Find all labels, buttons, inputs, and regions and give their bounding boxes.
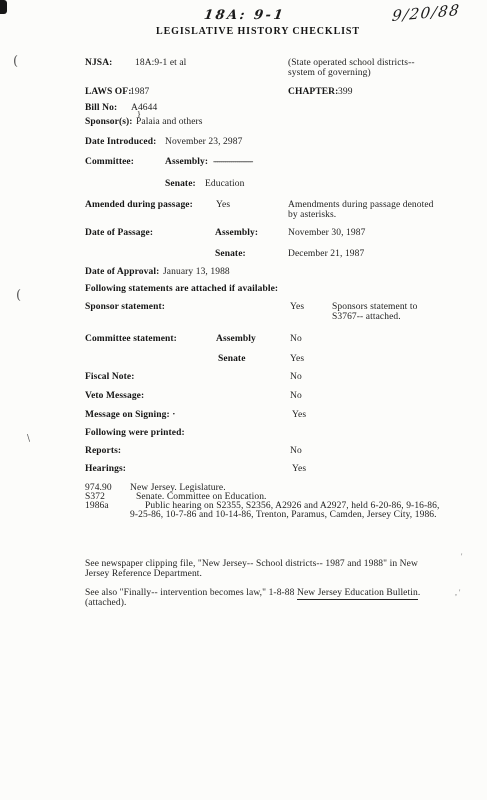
clipping-note-line1: See newspaper clipping file, "New Jersey… xyxy=(85,559,418,569)
handwritten-paren-mark: ( xyxy=(16,288,21,303)
scan-speck: ' xyxy=(461,552,462,561)
see-also-prefix: See also "Finally-- intervention becomes… xyxy=(85,588,297,598)
committee-assembly-label: Assembly: xyxy=(165,157,208,167)
amended-note-line2: by asterisks. xyxy=(288,210,336,220)
date-of-approval-value: January 13, 1988 xyxy=(163,267,230,277)
sponsor-statement-note-line2: S3767-- attached. xyxy=(332,312,401,322)
date-of-approval-label: Date of Approval: xyxy=(85,267,159,277)
message-on-signing-value: Yes xyxy=(292,410,306,420)
reports-value: No xyxy=(290,446,302,456)
hearings-label: Hearings: xyxy=(85,464,126,474)
veto-message-label: Veto Message: xyxy=(85,391,144,401)
sponsors-label: Sponsor(s): xyxy=(85,117,133,127)
statements-heading: Following statements are attached if ava… xyxy=(85,284,278,294)
sponsor-statement-value: Yes xyxy=(290,302,304,312)
see-also-suffix: . xyxy=(418,588,420,598)
clipping-note-line2: Jersey Reference Department. xyxy=(85,569,202,579)
message-on-signing-label: Message on Signing: · xyxy=(85,410,176,420)
see-also-underlined-title: New Jersey Education Bulletin xyxy=(297,588,418,600)
reports-label: Reports: xyxy=(85,446,121,456)
call-number-line3: 1986a xyxy=(85,501,109,511)
amended-value: Yes xyxy=(216,200,230,210)
date-introduced-label: Date Introduced: xyxy=(85,137,156,147)
bill-no-value: A4644 xyxy=(131,103,157,113)
laws-of-value: 1987 xyxy=(130,87,149,97)
sponsors-value: Palaia and others xyxy=(136,117,203,127)
passage-assembly-value: November 30, 1987 xyxy=(288,228,365,238)
committee-statement-senate-label: Senate xyxy=(218,354,246,364)
committee-label: Committee: xyxy=(85,157,134,167)
fiscal-note-value: No xyxy=(290,372,302,382)
fiscal-note-label: Fiscal Note: xyxy=(85,372,134,382)
amended-note-line1: Amendments during passage denoted xyxy=(288,200,434,210)
handwritten-statute-citation: 18A: 9-1 xyxy=(203,8,286,23)
handwritten-date-stamp: 9/20/88 xyxy=(391,1,461,25)
amended-label: Amended during passage: xyxy=(85,200,193,210)
see-also-note-line1: See also "Finally-- intervention becomes… xyxy=(85,588,420,598)
passage-senate-value: December 21, 1987 xyxy=(288,249,364,259)
scan-speck: , ' xyxy=(455,588,460,597)
njsa-label: NJSA: xyxy=(85,58,112,68)
date-of-passage-label: Date of Passage: xyxy=(85,228,153,238)
chapter-label: CHAPTER: xyxy=(288,87,338,97)
scan-artifact-corner xyxy=(0,0,7,14)
passage-senate-label: Senate: xyxy=(215,249,246,259)
chapter-value: 399 xyxy=(338,87,353,97)
bill-no-label: Bill No: xyxy=(85,103,117,113)
handwritten-paren-mark: ( xyxy=(13,54,18,69)
committee-senate-value: Education xyxy=(205,179,244,189)
committee-statement-label: Committee statement: xyxy=(85,334,177,344)
committee-assembly-value: -------------------- xyxy=(213,157,252,167)
stray-tick-mark: \ xyxy=(27,434,30,444)
hearings-value: Yes xyxy=(292,464,306,474)
njsa-subject-note-line2: system of governing) xyxy=(288,68,371,78)
passage-assembly-label: Assembly: xyxy=(215,228,258,238)
date-introduced-value: November 23, 2987 xyxy=(165,137,242,147)
sponsor-statement-label: Sponsor statement: xyxy=(85,302,165,312)
committee-statement-assembly-label: Assembly xyxy=(216,334,256,344)
committee-senate-label: Senate: xyxy=(165,179,196,189)
citation-line4: 9-25-86, 10-7-86 and 10-14-86, Trenton, … xyxy=(130,510,437,520)
printed-heading: Following were printed: xyxy=(85,428,185,438)
committee-statement-assembly-value: No xyxy=(290,334,302,344)
sponsor-statement-note-line1: Sponsors statement to xyxy=(332,302,418,312)
committee-statement-senate-value: Yes xyxy=(290,354,304,364)
laws-of-label: LAWS OF: xyxy=(85,87,131,97)
njsa-value: 18A:9-1 et al xyxy=(135,58,186,68)
document-title: LEGISLATIVE HISTORY CHECKLIST xyxy=(156,27,360,37)
njsa-subject-note-line1: (State operated school districts-- xyxy=(288,58,415,68)
see-also-note-line2: (attached). xyxy=(85,598,126,608)
scanned-legislative-history-checklist: ( ( \ ' , ' 18A: 9-1 9/20/88 LEGISLATIVE… xyxy=(0,0,487,800)
veto-message-value: No xyxy=(290,391,302,401)
